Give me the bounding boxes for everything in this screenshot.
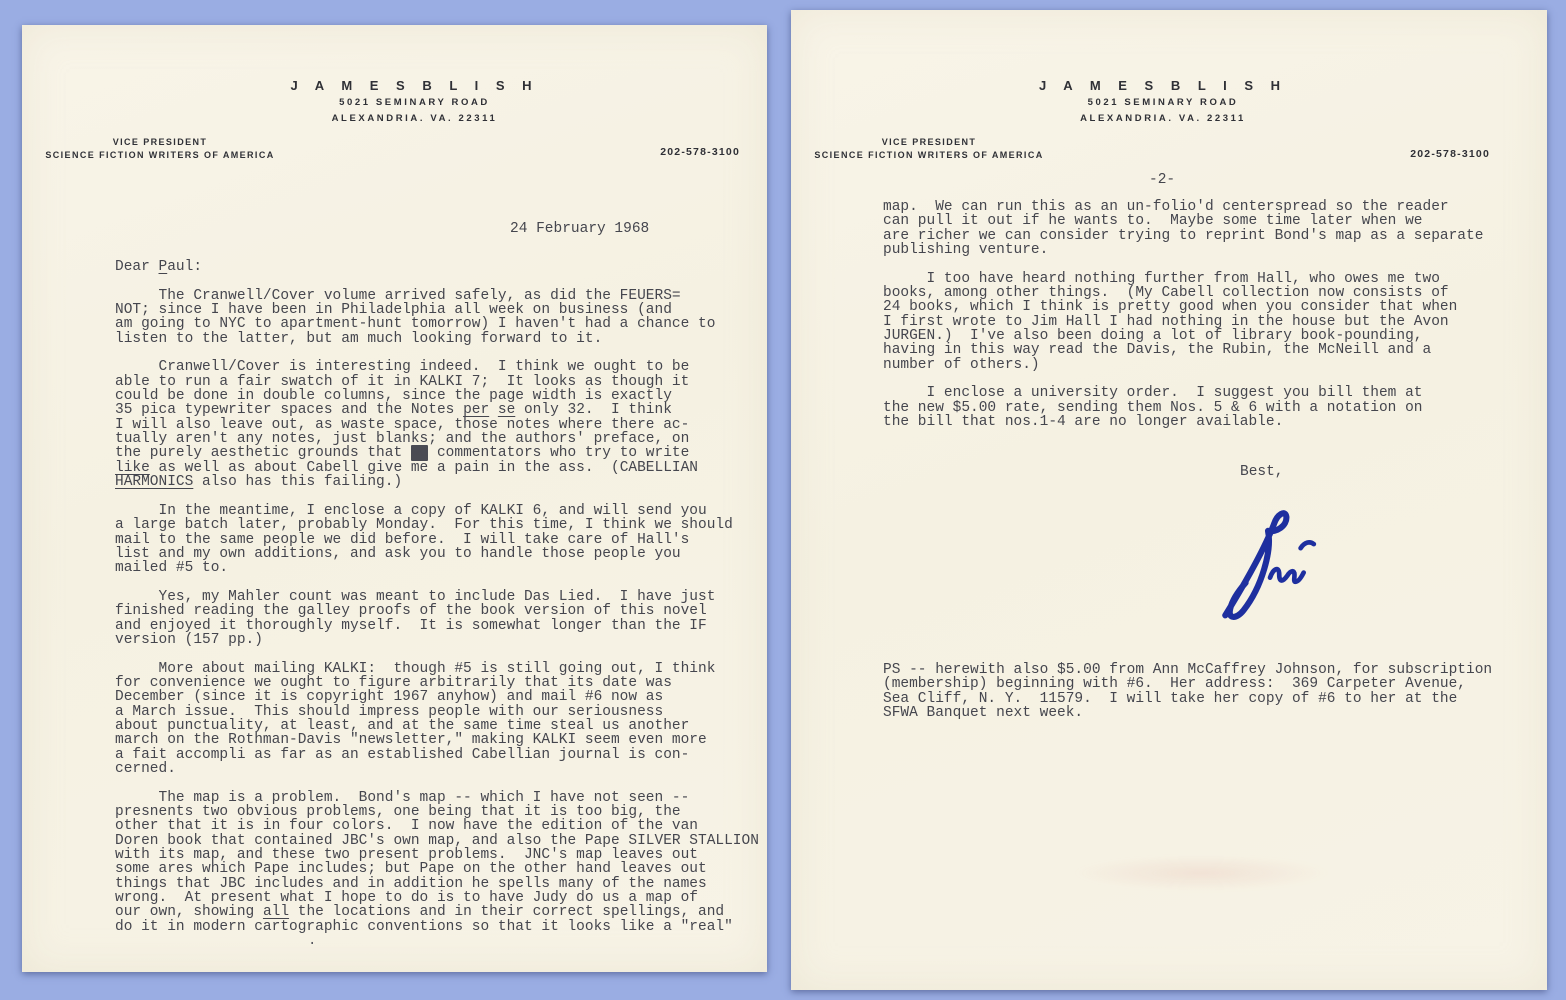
letterhead-phone: 202-578-3100 [660,146,740,158]
letter-page-2: J A M E S B L I S H 5021 SEMINARY ROAD A… [791,10,1547,990]
letter-body-page-1: Dear Paul: The Cranwell/Cover volume arr… [115,260,759,934]
letterhead-name: J A M E S B L I S H [791,78,1541,93]
closing-salutation: Best, [1240,465,1284,479]
postscript: PS -- herewith also $5.00 from Ann McCaf… [883,663,1492,720]
letter-page-1: J A M E S B L I S H 5021 SEMINARY ROAD A… [22,25,767,972]
letter-date: 24 February 1968 [510,222,649,236]
signature-ink-strokes [1211,507,1323,629]
letterhead-address-city: ALEXANDRIA. VA. 22311 [791,113,1541,124]
letterhead-phone: 202-578-3100 [1410,148,1490,160]
letterhead-address-city: ALEXANDRIA. VA. 22311 [42,113,767,124]
letterhead-title-vice-president: VICE PRESIDENT [40,137,280,147]
letterhead-title-sfwa: SCIENCE FICTION WRITERS OF AMERICA [40,150,280,160]
handwritten-signature-jim [1211,507,1323,629]
letter-body-page-2: map. We can run this as an un-folio'd ce… [883,200,1483,430]
scan-background: { "colors": { "background": "#9aade3", "… [0,0,1566,1000]
letterhead-address-street: 5021 SEMINARY ROAD [791,97,1541,108]
page-number: -2- [1149,173,1175,187]
letterhead-name: J A M E S B L I S H [42,78,767,93]
stray-period-mark: . [308,933,316,949]
faint-stamp-smudge [1071,855,1331,891]
letterhead-title-vice-president: VICE PRESIDENT [809,137,1049,147]
letterhead-title-sfwa: SCIENCE FICTION WRITERS OF AMERICA [809,150,1049,160]
letterhead-address-street: 5021 SEMINARY ROAD [42,97,767,108]
